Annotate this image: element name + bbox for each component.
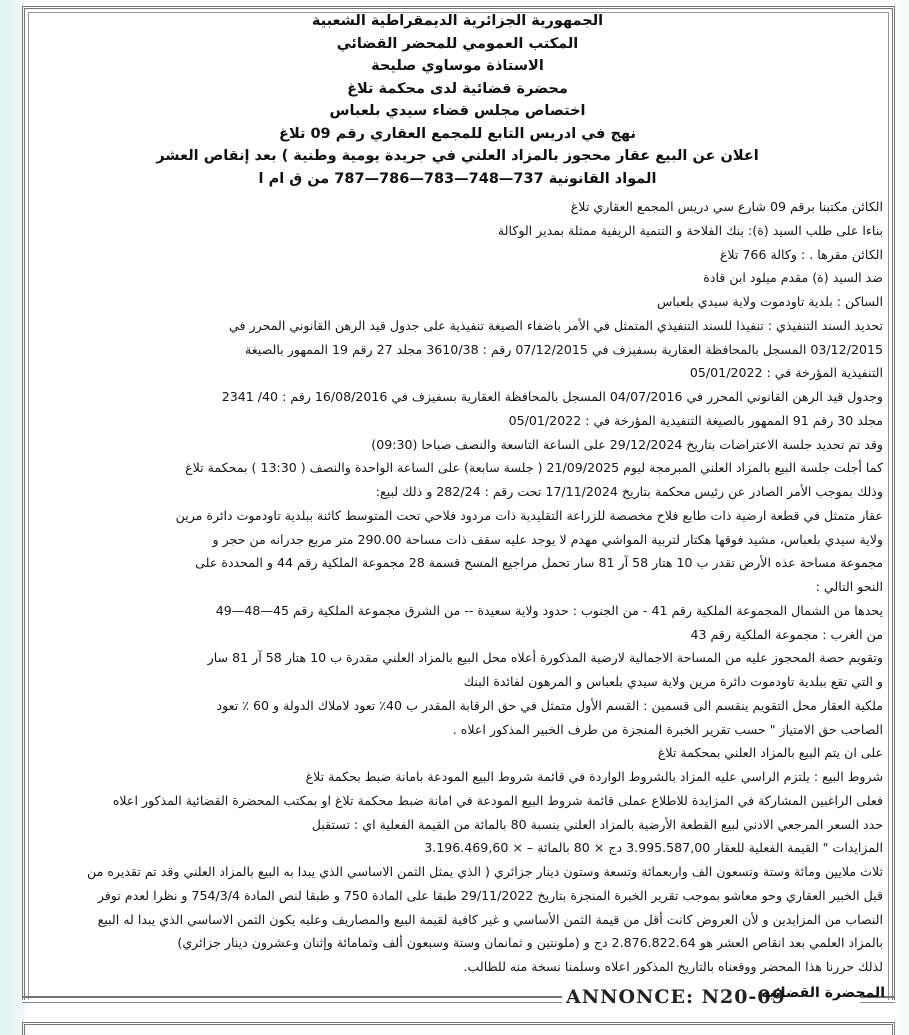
body-line: الساكن : بلدية تاودموت ولاية سيدي بلعباس	[30, 290, 883, 314]
body-line: على ان يتم البيع بالمزاد العلني بمحكمة ت…	[30, 741, 883, 765]
body-line: الصاحب حق الامتياز " حسب تقرير الخبرة ال…	[30, 718, 883, 742]
header-bailiff-name: الاستاذة موساوي صليحة	[30, 55, 885, 78]
body-line: بناءا على طلب السيد (ة): بنك الفلاحة و ا…	[30, 219, 883, 243]
body-line: الكائن مكتبنا برقم 09 شارع سي دريس المجم…	[30, 195, 883, 219]
body-line: من الغرب : مجموعة الملكية رقم 43	[30, 623, 883, 647]
header-office: المكتب العمومي للمحضر القضائي	[30, 33, 885, 56]
body-line: ولاية سيدي بلعباس، مشيد فوقها هكتار لترب…	[30, 528, 883, 552]
body-line: ضد السيد (ة) مقدم ميلود ابن قادة	[30, 266, 883, 290]
body-line: المزايدات " القيمة الفعلية للعقار 3.995.…	[30, 836, 883, 860]
header-address: نهج في ادريس التابع للمجمع العقاري رقم 0…	[30, 123, 885, 146]
body-line: النصاب من المزايدين و لأن العروض كانت أق…	[30, 908, 883, 932]
announcement-content: الجمهورية الجزائرية الديمقراطية الشعبية …	[30, 10, 885, 1001]
body-line: شروط البيع : يلتزم الراسي عليه المزاد با…	[30, 765, 883, 789]
body-line: وقد تم تحديد جلسة الاعتراضات بتاريخ 29/1…	[30, 433, 883, 457]
body-line: وتقويم حصة المحجوز عليه من المساحة الاجم…	[30, 646, 883, 670]
announcement-body: الكائن مكتبنا برقم 09 شارع سي دريس المجم…	[30, 195, 885, 979]
header-republic: الجمهورية الجزائرية الديمقراطية الشعبية	[30, 10, 885, 33]
body-line: لذلك حررنا هذا المحضر ووقعناه بالتاريخ ا…	[30, 955, 883, 979]
body-line: ملكية العقار محل التقويم ينقسم الى قسمين…	[30, 694, 883, 718]
next-announcement-frame	[22, 1022, 895, 1035]
body-line: وذلك بموجب الأمر الصادر عن رئيس محكمة بت…	[30, 480, 883, 504]
header-legal-articles: المواد القانونية 737—748—783—786—787 من …	[30, 168, 885, 191]
body-line: الكائن مقرها . : وكالة 766 تلاغ	[30, 243, 883, 267]
body-line: مجموعة مساحة عذه الأرض تقدر ب 10 هتار 58…	[30, 551, 883, 575]
body-line: يحدها من الشمال المجموعة الملكية رقم 41 …	[30, 599, 883, 623]
body-line: ثلاث ملايين ومائة وستة وتسعون الف واربعم…	[30, 860, 883, 884]
body-line: 03/12/2015 المسجل بالمحافظة العقارية بسف…	[30, 338, 883, 362]
body-line: وجدول قيد الرهن القانوني المحرر في 04/07…	[30, 385, 883, 409]
body-line: و التي تقع ببلدية تاودموت دائرة مرين ولا…	[30, 670, 883, 694]
body-line: كما أجلت جلسة البيع بالمزاد العلني المبر…	[30, 456, 883, 480]
body-line: النحو التالي :	[30, 575, 883, 599]
body-line: تحديد السند التنفيذي : تنفيذا للسند التن…	[30, 314, 883, 338]
header-court: محضرة قضائية لدى محكمة تلاغ	[30, 78, 885, 101]
body-line: مجلد 30 رقم 91 الممهور بالصيغة التنفيدية…	[30, 409, 883, 433]
header-jurisdiction: اختصاص مجلس قضاء سيدي بلعباس	[30, 100, 885, 123]
announcement-header: الجمهورية الجزائرية الديمقراطية الشعبية …	[30, 10, 885, 190]
body-line: التنفيذية المؤرخة في : 05/01/2022	[30, 361, 883, 385]
header-title: اعلان عن البيع عقار محجوز بالمزاد العلني…	[30, 145, 885, 168]
body-line: بالمزاد العلمي بعد انقاص العشر هو 2.876.…	[30, 931, 883, 955]
body-line: فعلى الراغبين المشاركة في المزايدة للاطل…	[30, 789, 883, 813]
body-line: قبل الخبير العقاري وحو معاشو بموجب تقرير…	[30, 884, 883, 908]
body-line: حدد السعر المرجعي الادني لبيع القطعة الأ…	[30, 813, 883, 837]
signature: المحضرة القضائية	[30, 985, 885, 1001]
body-line: عقار متمثل في قطعة ارضية ذات طابع فلاح م…	[30, 504, 883, 528]
